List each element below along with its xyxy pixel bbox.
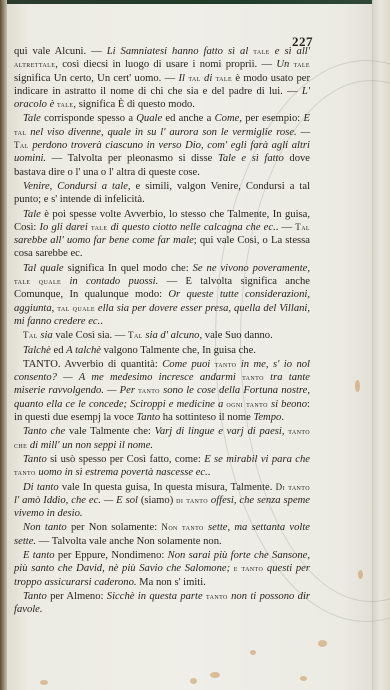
text-run: ed anche a bbox=[162, 113, 214, 124]
text-run: TANTO. Avverbio di quantità: bbox=[23, 359, 162, 370]
small-caps-term: di tanto bbox=[176, 495, 208, 505]
italic-example: Il bbox=[179, 73, 189, 84]
text-run: , significa È di questo modo. bbox=[73, 99, 195, 110]
text-run: corrisponde spesso a bbox=[41, 113, 136, 124]
small-caps-term: tal quale bbox=[57, 303, 95, 313]
foxing-stain bbox=[210, 672, 220, 678]
text-run: ha sottinteso il nome bbox=[160, 412, 253, 423]
text-run: significa Un certo, Un cert' uomo. — bbox=[14, 73, 179, 84]
paragraph: Non tanto per Non solamente: Non tanto s… bbox=[14, 521, 310, 548]
paragraph: Tanto si usò spesso per Così fatto, come… bbox=[14, 453, 310, 480]
small-caps-term: tanto bbox=[215, 359, 237, 369]
text-run: vale Talmente che: bbox=[65, 426, 154, 437]
small-caps-term: e tanto bbox=[234, 563, 263, 573]
small-caps-term: tanto bbox=[14, 467, 36, 477]
text-run: , vale Suo danno. bbox=[199, 330, 272, 341]
italic-example: Tale bbox=[23, 113, 41, 124]
small-caps-term: tale quale bbox=[14, 276, 61, 286]
italic-example: Sicchè in questa parte bbox=[107, 591, 206, 602]
small-caps-term: ogni tanto bbox=[226, 399, 267, 409]
italic-example: in contado puossi. bbox=[61, 276, 158, 287]
italic-example: Varj di lingue e varj di paesi, bbox=[155, 426, 289, 437]
small-caps-term: tale bbox=[294, 59, 310, 69]
text-run: (siamo) bbox=[138, 495, 176, 506]
text-run: si usò spesso per Così fatto, come: bbox=[47, 454, 204, 465]
italic-example: Come puoi bbox=[162, 359, 214, 370]
text-run: per Almeno: bbox=[47, 591, 107, 602]
text-run: , per esempio: bbox=[239, 113, 303, 124]
foxing-stain bbox=[190, 678, 197, 684]
foxing-stain bbox=[40, 680, 48, 685]
italic-example: Io gli darei bbox=[40, 222, 91, 233]
foxing-stain bbox=[300, 676, 307, 681]
page-body-text: qui vale Alcuni. — Li Samniatesi hanno f… bbox=[14, 45, 310, 617]
italic-example: l' amò Iddio, che ec. — E sol bbox=[14, 495, 138, 506]
small-caps-term: Tal bbox=[128, 330, 143, 340]
paragraph: Tanto che vale Talmente che: Varj di lin… bbox=[14, 425, 310, 452]
italic-example: Non tanto bbox=[23, 522, 67, 533]
italic-example: E tanto bbox=[23, 550, 55, 561]
text-run: vale Così sia. — bbox=[53, 330, 128, 341]
paragraph: qui vale Alcuni. — Li Samniatesi hanno f… bbox=[14, 45, 310, 111]
paragraph: Venire, Condursi a tale, e simili, valgo… bbox=[14, 180, 310, 207]
small-caps-term: Tal bbox=[295, 222, 310, 232]
paragraph: Tale corrisponde spesso a Quale ed anche… bbox=[14, 112, 310, 178]
italic-example: A talchè bbox=[66, 345, 101, 356]
small-caps-term: tale bbox=[216, 73, 232, 83]
small-caps-term: tale bbox=[253, 46, 269, 56]
foxing-stain bbox=[318, 640, 327, 647]
text-run: . bbox=[100, 316, 103, 327]
italic-example: e sì all' bbox=[270, 46, 310, 57]
text-run: ed bbox=[51, 345, 66, 356]
text-run: — Talvolta vale anche Non solamente non. bbox=[36, 536, 222, 547]
italic-example: Un bbox=[276, 59, 293, 70]
book-spine bbox=[0, 0, 7, 690]
italic-example: Se ne vivono poveramente, bbox=[193, 263, 310, 274]
text-run: vale In questa guisa, In questa misura, … bbox=[59, 482, 276, 493]
italic-example: Venire, Condursi a tale bbox=[23, 181, 128, 192]
italic-example: E se mirabil vi para che bbox=[204, 454, 310, 465]
paragraph: Tal sia vale Così sia. — Tal sia d' alcu… bbox=[14, 329, 310, 342]
foxing-stain bbox=[355, 380, 360, 392]
text-run: valgono Talmente che, In guisa che. bbox=[101, 345, 256, 356]
italic-example: di bbox=[201, 73, 216, 84]
italic-example: sia bbox=[38, 330, 53, 341]
small-caps-term: altrettale bbox=[14, 59, 55, 69]
italic-example: di mill' un non seppi il nome. bbox=[27, 440, 153, 451]
italic-example: Come bbox=[215, 113, 240, 124]
small-caps-term: Tal bbox=[14, 140, 29, 150]
foxing-stain bbox=[250, 650, 256, 655]
text-run: , così diecsi in luogo di usare i nomi p… bbox=[55, 59, 276, 70]
italic-example: Tale e sì fatto bbox=[218, 153, 284, 164]
italic-example: Tanto bbox=[23, 591, 47, 602]
italic-example: Di tanto bbox=[23, 482, 59, 493]
italic-example: Tanto che bbox=[23, 426, 65, 437]
italic-example: Quale bbox=[136, 113, 162, 124]
paragraph: Tale è poi spesse volte Avverbio, lo ste… bbox=[14, 208, 310, 261]
italic-example: E bbox=[304, 113, 310, 124]
text-run: . — bbox=[276, 222, 296, 233]
paragraph: Di tanto vale In questa guisa, In questa… bbox=[14, 481, 310, 521]
paragraph: Talchè ed A talchè valgono Talmente che,… bbox=[14, 344, 310, 357]
italic-example: Tanto bbox=[136, 412, 160, 423]
text-run: qui vale Alcuni. — bbox=[14, 46, 107, 57]
small-caps-term: Di tanto bbox=[276, 482, 310, 492]
paragraph: E tanto per Eppure, Nondimeno: Non sarai… bbox=[14, 549, 310, 589]
small-caps-term: Tal bbox=[23, 330, 38, 340]
italic-example: Tempo bbox=[253, 412, 281, 423]
paragraph: Tal quale significa In quel modo che: Se… bbox=[14, 262, 310, 328]
italic-example: Talchè bbox=[23, 345, 51, 356]
text-run: . bbox=[281, 412, 284, 423]
italic-example: uomo in sì estrema povertà nascesse ec. bbox=[36, 467, 208, 478]
small-caps-term: tal bbox=[14, 127, 26, 137]
italic-example: Tanto bbox=[23, 454, 47, 465]
italic-example: di questo ciotto nelle calcagna che ec. bbox=[107, 222, 275, 233]
text-run: Ma non s' imiti. bbox=[137, 577, 206, 588]
foxing-stain bbox=[358, 570, 363, 579]
italic-example: Tal quale bbox=[23, 263, 64, 274]
small-caps-term: tanto bbox=[242, 372, 264, 382]
text-run: . bbox=[208, 467, 211, 478]
italic-example: Li Samniatesi hanno fatto sì al bbox=[107, 46, 254, 57]
small-caps-term: tale bbox=[57, 99, 73, 109]
text-run: — Talvolta per pleonasmo si disse bbox=[46, 153, 218, 164]
small-caps-term: tanto bbox=[206, 591, 228, 601]
small-caps-term: Non tanto bbox=[161, 522, 203, 532]
small-caps-term: tale bbox=[91, 222, 107, 232]
italic-example: si beono bbox=[268, 399, 307, 410]
text-run: significa In quel modo che: bbox=[64, 263, 193, 274]
paragraph: TANTO. Avverbio di quantità: Come puoi t… bbox=[14, 358, 310, 424]
italic-example: Tale bbox=[23, 209, 41, 220]
small-caps-term: tanto bbox=[138, 385, 160, 395]
text-run: per Eppure, Nondimeno: bbox=[55, 550, 168, 561]
italic-example: sarebbe all' uomo far bene come far male bbox=[14, 235, 194, 246]
italic-example: sia d' alcuno bbox=[143, 330, 200, 341]
paragraph: Tanto per Almeno: Sicchè in questa parte… bbox=[14, 590, 310, 617]
italic-example: nel viso divenne, quale in su l' aurora … bbox=[26, 127, 310, 138]
small-caps-term: tal bbox=[188, 73, 200, 83]
text-run: per Non solamente: bbox=[67, 522, 162, 533]
